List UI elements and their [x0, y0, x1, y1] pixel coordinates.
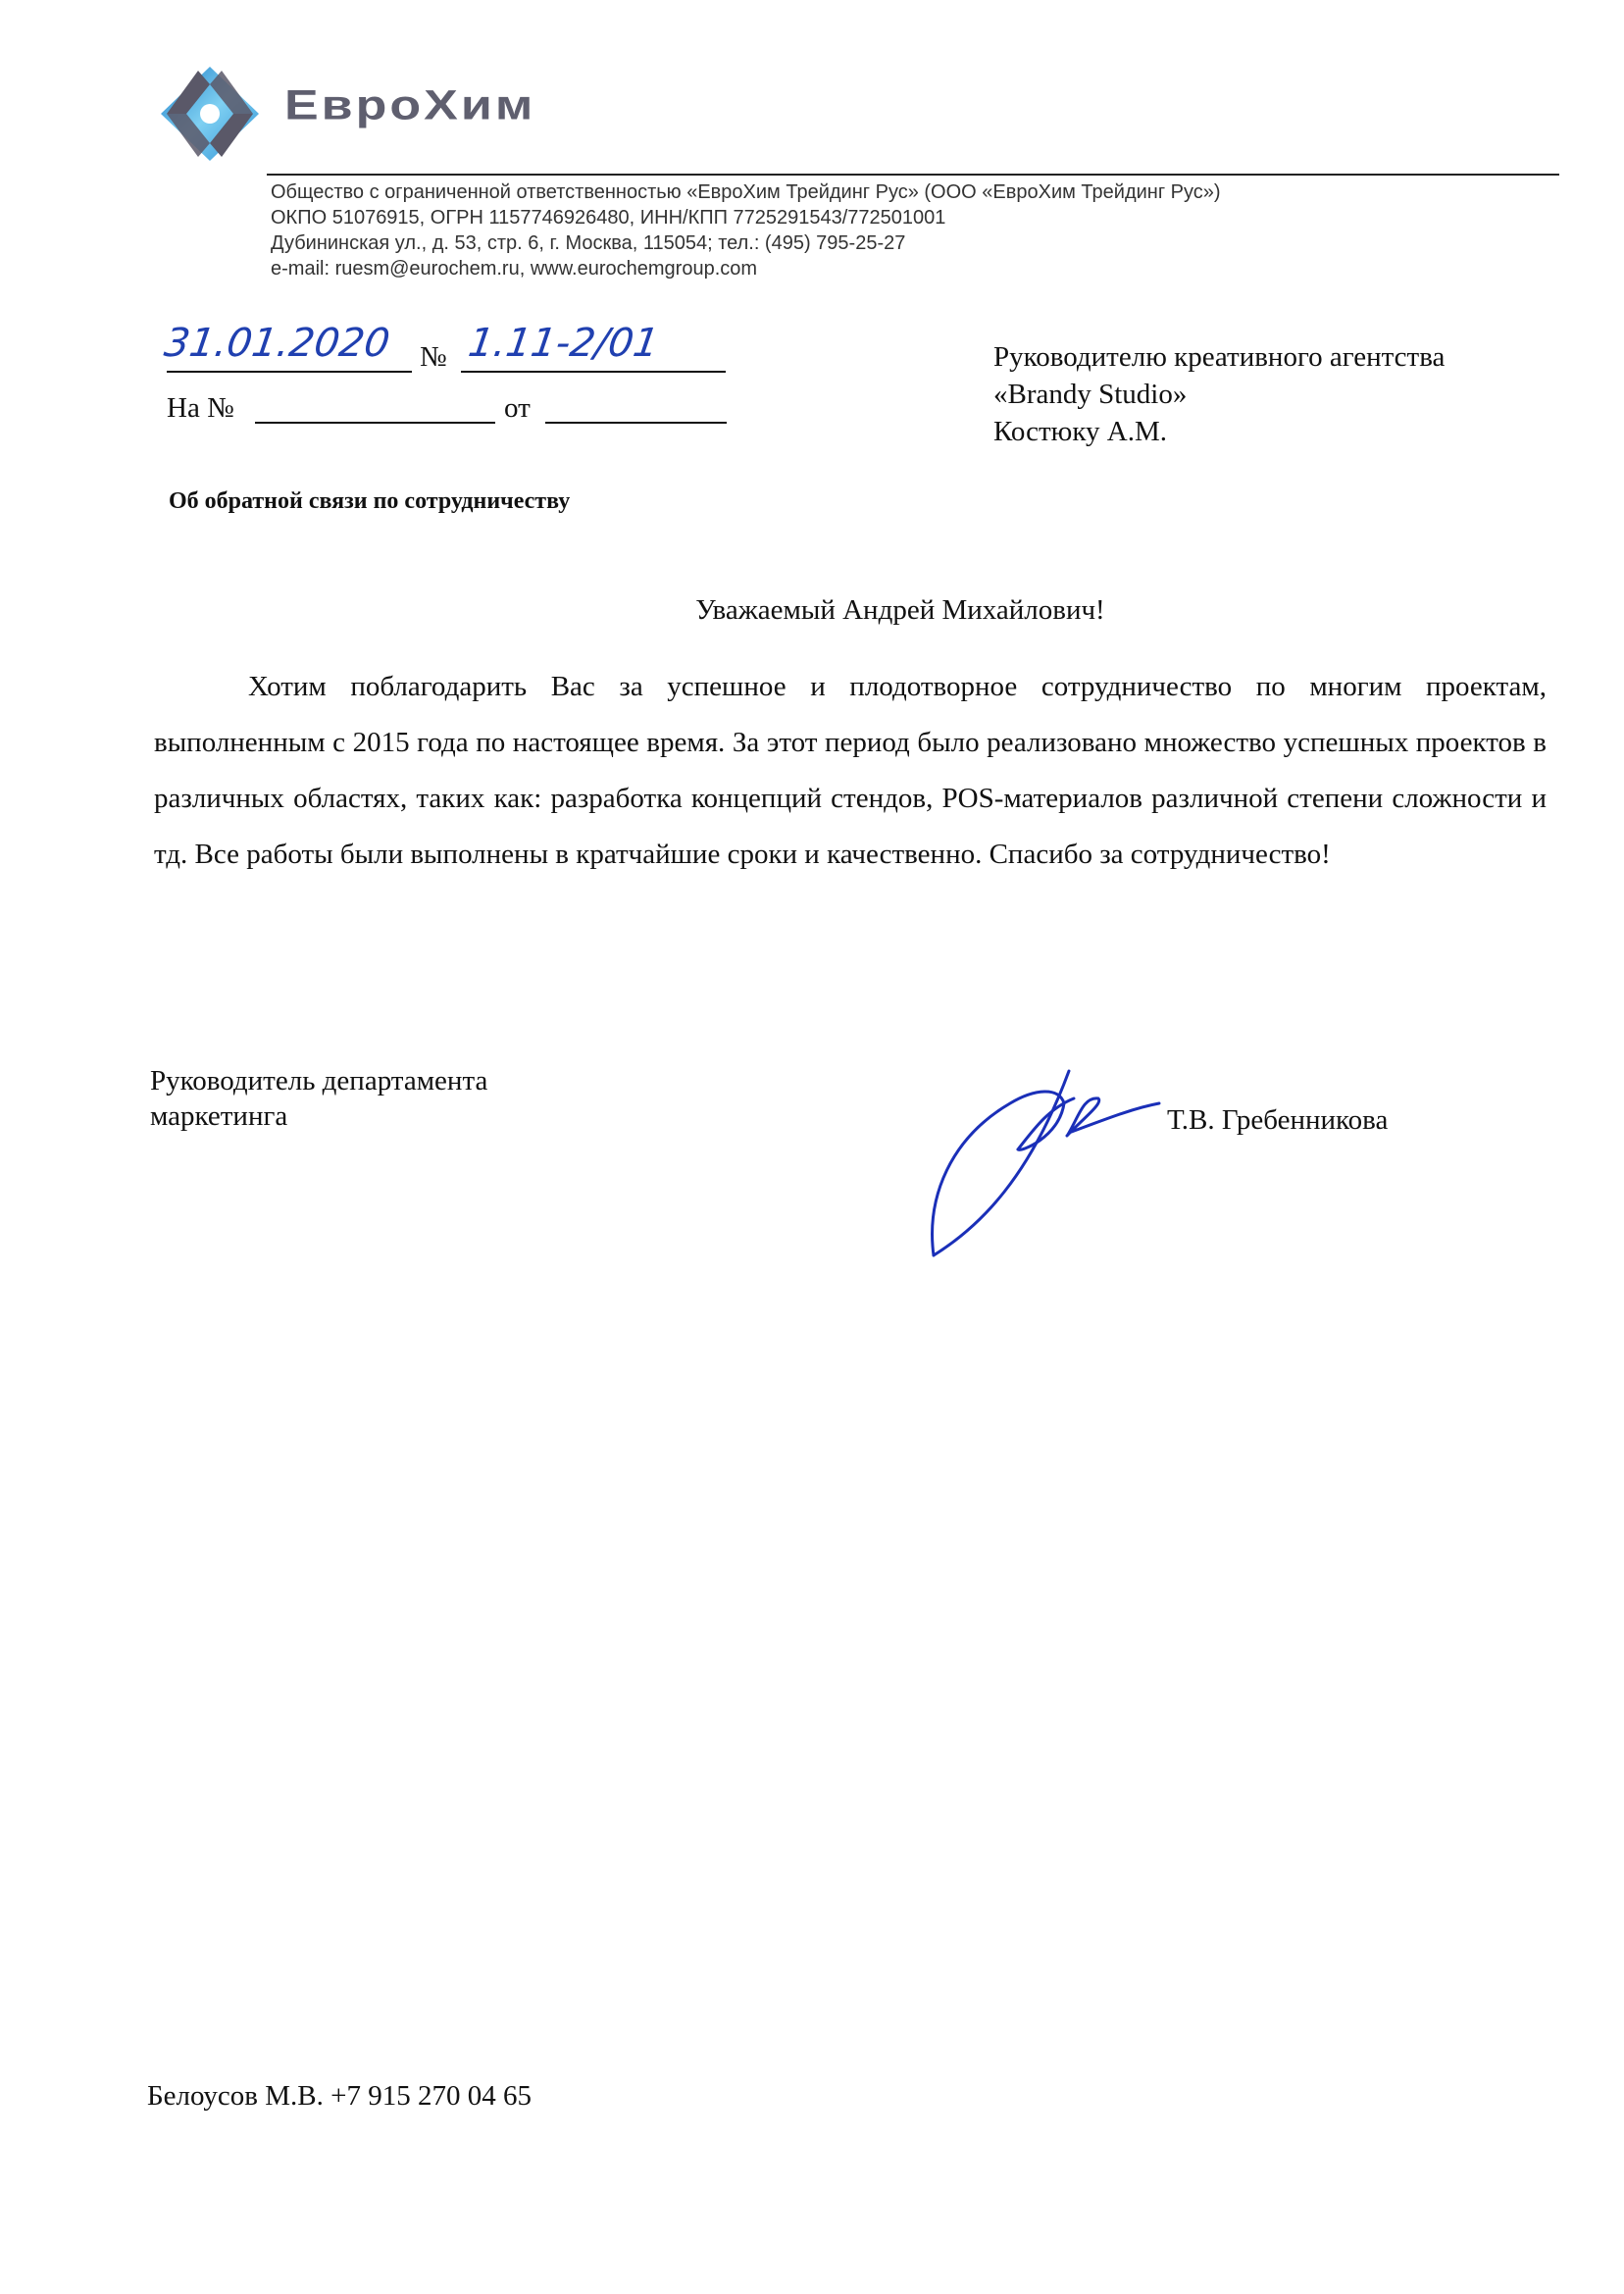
outgoing-date: 31.01.2020	[162, 324, 392, 363]
signer-position-line2: маркетинга	[150, 1102, 287, 1131]
company-registration-codes: ОКПО 51076915, ОГРН 1157746926480, ИНН/К…	[271, 208, 945, 228]
reply-number-blank	[255, 422, 495, 424]
eurochem-logo-icon	[159, 65, 261, 163]
brand-wordmark: ЕвроХим	[284, 84, 535, 127]
letter-body: Хотим поблагодарить Вас за успешное и пл…	[154, 659, 1547, 883]
company-address: Дубининская ул., д. 53, стр. 6, г. Москв…	[271, 233, 905, 253]
body-paragraph: Хотим поблагодарить Вас за успешное и пл…	[154, 659, 1547, 883]
date-underline	[167, 371, 412, 373]
signer-name: Т.В. Гребенникова	[1167, 1106, 1388, 1135]
from-label: от	[504, 394, 531, 423]
signer-position-line1: Руководитель департамента	[150, 1067, 487, 1096]
addressee-name: Костюку А.М.	[993, 418, 1167, 446]
letter-subject: Об обратной связи по сотрудничеству	[169, 488, 570, 515]
executor-contact: Белоусов М.В. +7 915 270 04 65	[147, 2082, 532, 2111]
number-underline	[461, 371, 726, 373]
company-contacts: e-mail: ruesm@eurochem.ru, www.eurochemg…	[271, 259, 757, 279]
addressee-position: Руководителю креативного агентства	[993, 343, 1445, 372]
addressee-company: «Brandy Studio»	[993, 381, 1187, 409]
handwritten-signature-icon	[912, 1049, 1206, 1275]
reply-to-label: На №	[167, 394, 234, 423]
outgoing-number: 1.11-2/01	[466, 324, 661, 363]
letterhead-divider	[267, 174, 1559, 176]
company-legal-name: Общество с ограниченной ответственностью…	[271, 182, 1221, 202]
number-sign: №	[420, 343, 447, 372]
salutation: Уважаемый Андрей Михайлович!	[0, 596, 1624, 625]
reply-date-blank	[545, 422, 727, 424]
